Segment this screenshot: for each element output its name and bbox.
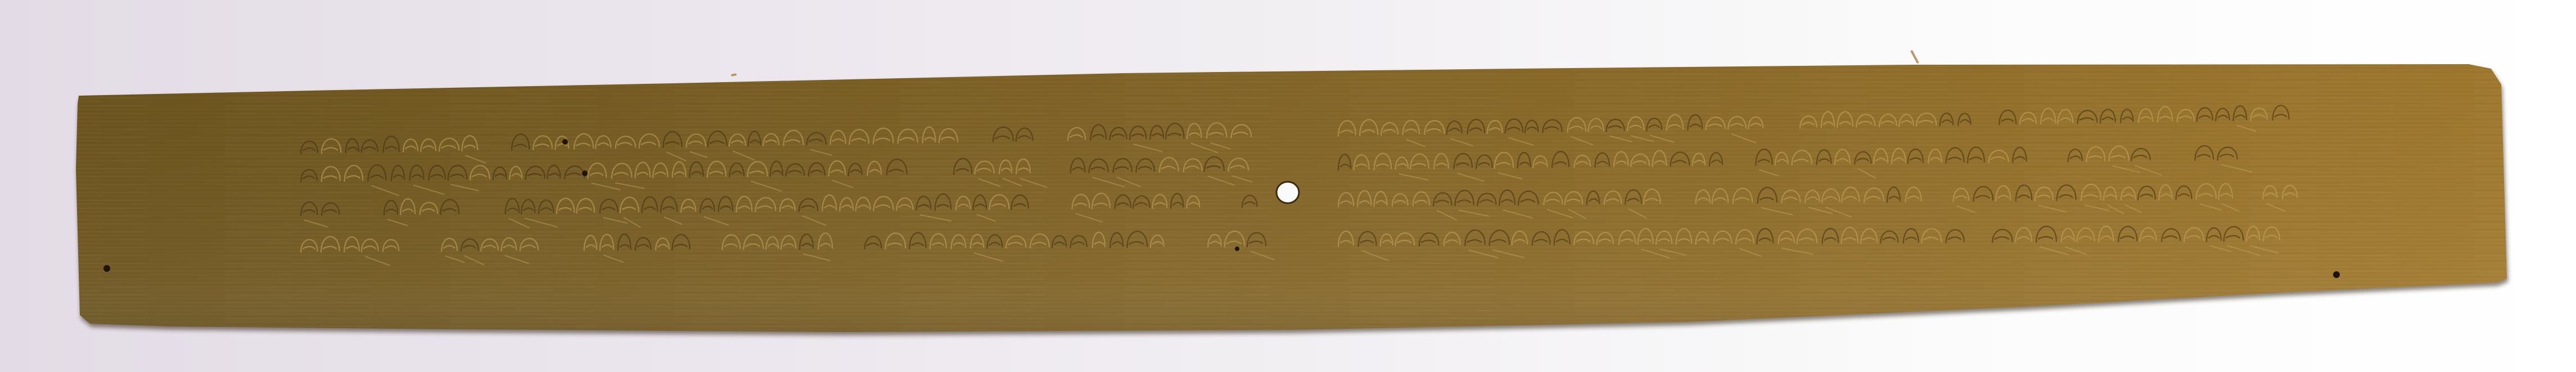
photo-scene: Palm-leaf manuscript folio with four lin… (0, 0, 2576, 372)
center-string-hole (1276, 182, 1299, 203)
small-hole (2333, 271, 2340, 278)
small-hole (562, 139, 568, 145)
manuscript-photo (0, 0, 2576, 372)
small-hole (1235, 246, 1239, 251)
small-hole (103, 265, 110, 272)
small-hole (582, 171, 588, 176)
